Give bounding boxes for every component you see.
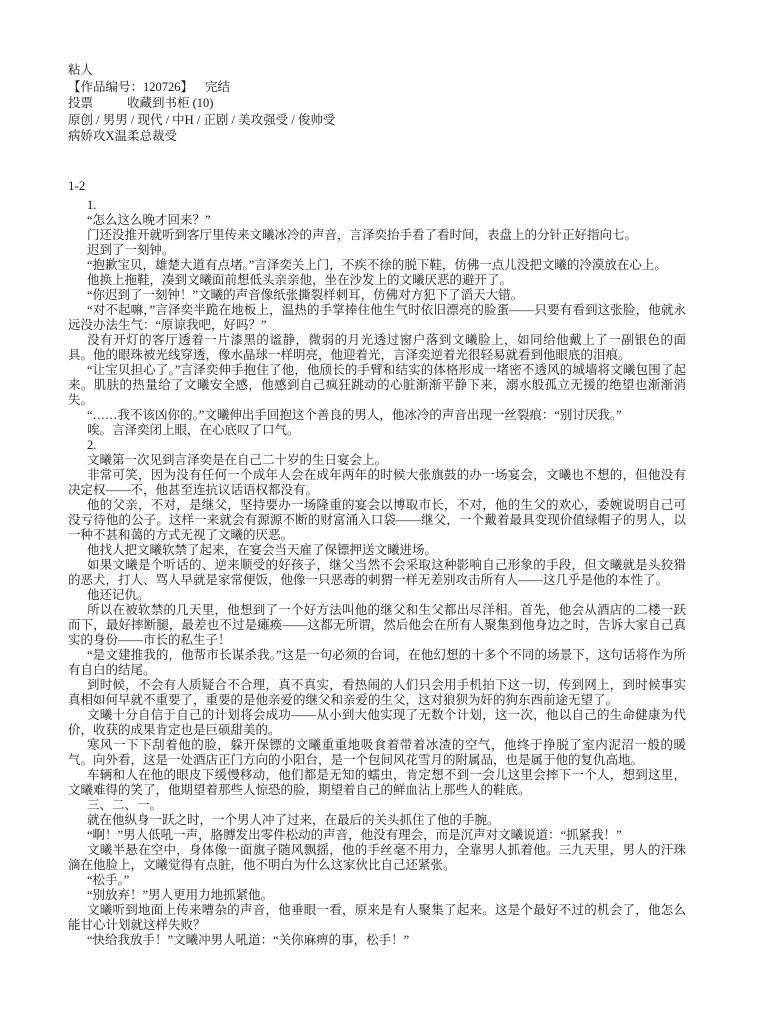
paragraph: “让宝贝担心了。”言泽奕伸手抱住了他，他颀长的手臂和结实的体格形成一堵密不透风的…	[68, 363, 686, 408]
paragraph: 到时候，不会有人质疑合不合理，真不真实，看热闹的人们只会用手机拍下这一切，传到网…	[68, 678, 686, 708]
paragraph: 门还没推开就听到客厅里传来文曦冰冷的声音，言泽奕抬手看了看时间，表盘上的分针正好…	[68, 228, 686, 243]
paragraph: 三、二、一。	[68, 798, 686, 813]
work-status: 完结	[205, 80, 230, 94]
paragraph: 文曦听到地面上传来嘈杂的声音，他垂眼一看，原来是有人聚集了起来。这是个最好不过的…	[68, 903, 686, 933]
work-pairing: 病娇攻X温柔总裁受	[68, 128, 708, 145]
paragraph: “怎么这么晚才回来？”	[68, 213, 686, 228]
paragraph: 如果文曦是个听话的、逆来顺受的好孩子，继父当然不会采取这种影响自己形象的手段，但…	[68, 558, 686, 588]
paragraph: 文曦第一次见到言泽奕是在自己二十岁的生日宴会上。	[68, 453, 686, 468]
work-tags: 原创 / 男男 / 现代 / 中H / 正剧 / 美攻强受 / 俊帅受	[68, 112, 708, 129]
paragraph: “啊！”男人低吼一声，胳膊发出零件松动的声音，他没有理会，而是沉声对文曦说道：“…	[68, 828, 686, 843]
bookshelf-label: 收藏到书柜 (10)	[127, 96, 213, 110]
work-title: 粘人	[68, 62, 708, 79]
paragraph: 2.	[68, 438, 686, 453]
vote-label: 投票	[68, 96, 93, 110]
work-actions-line: 投票收藏到书柜 (10)	[68, 95, 708, 112]
paragraph: 他换上拖鞋，凑到文曦面前想低头亲亲他，坐在沙发上的文曦厌恶的避开了。	[68, 273, 686, 288]
paragraph: 唉。言泽奕闭上眼，在心底叹了口气。	[68, 423, 686, 438]
paragraph: 他还记仇。	[68, 588, 686, 603]
paragraph: “松手。”	[68, 873, 686, 888]
paragraph: 非常可笑，因为没有任何一个成年人会在成年两年的时候大张旗鼓的办一场宴会，文曦也不…	[68, 468, 686, 498]
work-id: 【作品编号：120726】	[68, 80, 193, 94]
chapter-heading: 1-2	[68, 178, 708, 194]
paragraph: 所以在被软禁的几天里，他想到了一个好方法叫他的继父和生父都出尽洋相。首先，他会从…	[68, 603, 686, 648]
paragraph: “别放弃！”男人更用力地抓紧他。	[68, 888, 686, 903]
paragraph: 没有开灯的客厅透着一片漆黑的谧静，微弱的月光透过窗户落到文曦脸上，如同给他戴上了…	[68, 333, 686, 363]
paragraph: “抱歉宝贝，雄楚大道有点堵。”言泽奕关上门，不疾不徐的脱下鞋，仿佛一点儿没把文曦…	[68, 258, 686, 273]
paragraph: 1.	[68, 198, 686, 213]
paragraph: 他的父亲，不对，是继父，坚持要办一场隆重的宴会以博取市长，不对，他的生父的欢心，…	[68, 498, 686, 543]
paragraph: “对不起嘛，”言泽奕半跪在地板上，温热的手掌捧住他生气时依旧漂亮的脸蛋——只要有…	[68, 303, 686, 333]
paragraph: 寒风一下下刮着他的脸，躲开保镖的文曦重重地吸食着带着冰渣的空气，他终于挣脱了室内…	[68, 738, 686, 768]
work-header: 粘人 【作品编号：120726】完结 投票收藏到书柜 (10) 原创 / 男男 …	[68, 62, 708, 145]
paragraph: 文曦十分自信于自己的计划将会成功——从小到大他实现了无数个计划，这一次，他以自己…	[68, 708, 686, 738]
paragraph: “是文建推我的，他帮市长谋杀我。”这是一句必须的台词，在他幻想的十多个不同的场景…	[68, 648, 686, 678]
paragraph: “……我不该凶你的。”文曦伸出手回抱这个善良的男人，他冰冷的声音出现一丝裂痕：“…	[68, 408, 686, 423]
paragraph: 车辆和人在他的眼皮下缓慢移动，他们都是无知的蠕虫，肯定想不到一会儿这里会摔下一个…	[68, 768, 686, 798]
paragraph: “你迟到了一刻钟！”文曦的声音像纸张撕裂样刺耳，仿佛对方犯下了滔天大错。	[68, 288, 686, 303]
paragraph: 迟到了一刻钟。	[68, 243, 686, 258]
work-id-line: 【作品编号：120726】完结	[68, 79, 708, 96]
paragraph: 他找人把文曦软禁了起来，在宴会当天雇了保镖押送文曦进场。	[68, 543, 686, 558]
chapter-body: 1.“怎么这么晚才回来？”门还没推开就听到客厅里传来文曦冰冷的声音，言泽奕抬手看…	[68, 198, 686, 948]
paragraph: 文曦半悬在空中，身体像一面旗子随风飘摇，他的手丝毫不用力，全靠男人抓着他。三九天…	[68, 843, 686, 873]
document-page: 粘人 【作品编号：120726】完结 投票收藏到书柜 (10) 原创 / 男男 …	[0, 0, 768, 1024]
paragraph: “快给我放手！”文曦冲男人吼道：“关你麻痹的事，松手！”	[68, 933, 686, 948]
paragraph: 就在他纵身一跃之时，一个男人冲了过来，在最后的关头抓住了他的手腕。	[68, 813, 686, 828]
